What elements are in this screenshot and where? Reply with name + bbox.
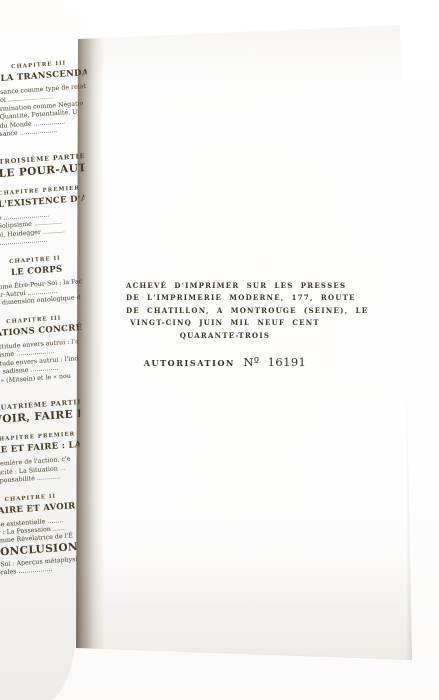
toc-section-title: LE CORPS [0, 263, 77, 279]
book-photo: ACHEVÉ D'IMPRIMER SUR LES PRESSESDE L'IM… [0, 0, 439, 700]
toc-section: CHAPITRE IIIATIONS CONCRÈTES AVEattitude… [0, 320, 78, 386]
left-page: CHAPITRE IIILA TRANSCENDANCEsance comme … [0, 2, 88, 700]
authorization-label: AUTORISATION [144, 358, 235, 368]
toc-section-title: RE ET FAIRE : LA LIB [0, 441, 74, 457]
left-page-toc: CHAPITRE IIILA TRANSCENDANCEsance comme … [0, 54, 83, 579]
colophon-line: ACHEVÉ D'IMPRIMER SUR LES PRESSES [126, 280, 324, 292]
colophon-line: QUARANTE-TROIS [126, 330, 324, 342]
toc-section: TROISIÈME PARTIELE POUR-AUTRUI [0, 158, 81, 180]
colophon: ACHEVÉ D'IMPRIMER SUR LES PRESSESDE L'IM… [126, 280, 324, 369]
toc-section-title: FAIRE ET AVOIR [0, 501, 72, 517]
colophon-lines: ACHEVÉ D'IMPRIMER SUR LES PRESSESDE L'IM… [126, 280, 324, 342]
toc-section-title: L'EXISTENCE D'AUTRUI [0, 194, 78, 210]
toc-section-title: VOIR, FAIRE ET ÊT [0, 409, 74, 427]
colophon-line: DE L'IMPRIMERIE MODERNE, 177, ROUTE [126, 292, 324, 304]
toc-section: CONCLUSIONur-Soi : Aperçus métaphysimora… [0, 547, 74, 579]
toc-section: CHAPITRE IIFAIRE ET AVOIRlyse existentie… [0, 498, 74, 547]
toc-section: CHAPITRE PREMIERL'EXISTENCE D'AUTRUIe ..… [0, 191, 80, 249]
toc-section: CHAPITRE PREMIERRE ET FAIRE : LA LIBprem… [0, 437, 76, 486]
toc-section: CHAPITRE IILE CORPSmme Être-Pour-Soi : l… [0, 260, 79, 309]
toc-section-title: ATIONS CONCRÈTES AVE [0, 323, 76, 339]
toc-section-title: LA TRANSCENDANCE [0, 68, 80, 84]
colophon-line: DE CHATILLON, A MONTROUGE (SEINE), LE [126, 305, 324, 317]
toc-section: CHAPITRE IIILA TRANSCENDANCEsance comme … [0, 65, 83, 140]
authorization-line: AUTORISATION Nº 16191 [126, 355, 324, 369]
colophon-line: VINGT-CINQ JUIN MIL NEUF CENT [126, 317, 324, 329]
authorization-number: Nº 16191 [243, 355, 306, 369]
page-right-edge-shade [406, 24, 416, 662]
toc-section: QUATRIÈME PARTIEVOIR, FAIRE ET ÊT [0, 404, 76, 426]
right-page: ACHEVÉ D'IMPRIMER SUR LES PRESSESDE L'IM… [70, 20, 418, 670]
